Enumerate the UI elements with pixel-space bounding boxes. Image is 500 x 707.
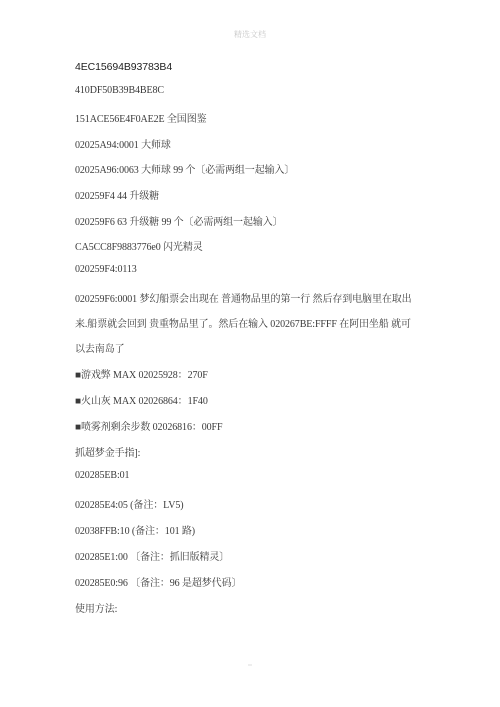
page-header: 精选文档 (0, 29, 500, 40)
code-line: 020259F4:0113 (75, 264, 137, 275)
bullet-line: ■喷雾剂剩余步数 02026816：00FF (75, 418, 222, 433)
footer-mark (248, 664, 252, 666)
code-line: 02038FFB:10 (备注：101 路) (75, 522, 195, 537)
code-line: 020285E0:96 〔备注：96 是超梦代码〕 (75, 574, 241, 589)
paragraph-line: 以去南岛了 (75, 340, 125, 355)
code-line: 02025A96:0063 大师球 99 个〔必需两组一起输入〕 (75, 161, 294, 176)
section-heading: 使用方法: (75, 600, 117, 615)
code-line: 020285E4:05 (备注：LV5) (75, 496, 183, 511)
code-line: 020285EB:01 (75, 470, 129, 481)
code-line: 020259F6 63 升级糖 99 个〔必需两组一起输入〕 (75, 213, 283, 228)
code-line: 4EC15694B93783B4 (75, 61, 172, 73)
code-line: 410DF50B39B4BE8C (75, 85, 164, 96)
section-heading: 抓超梦金手指]: (75, 444, 140, 459)
paragraph-line: 来.船票就会回到 贵重物品里了。然后在输入 020267BE:FFFF 在阿田坐… (75, 315, 411, 330)
paragraph-line: 020259F6:0001 梦幻船票会出现在 普通物品里的第一行 然后存到电脑里… (75, 290, 412, 305)
code-line: CA5CC8F9883776e0 闪光精灵 (75, 238, 203, 253)
code-line: 151ACE56E4F0AE2E 全国图鉴 (75, 110, 207, 125)
code-line: 020259F4 44 升级糖 (75, 187, 159, 202)
code-line: 02025A94:0001 大师球 (75, 136, 171, 151)
bullet-line: ■游戏弊 MAX 02025928：270F (75, 366, 208, 381)
code-line: 020285E1:00 〔备注：抓旧版精灵〕 (75, 548, 229, 563)
bullet-line: ■火山灰 MAX 02026864：1F40 (75, 392, 208, 407)
